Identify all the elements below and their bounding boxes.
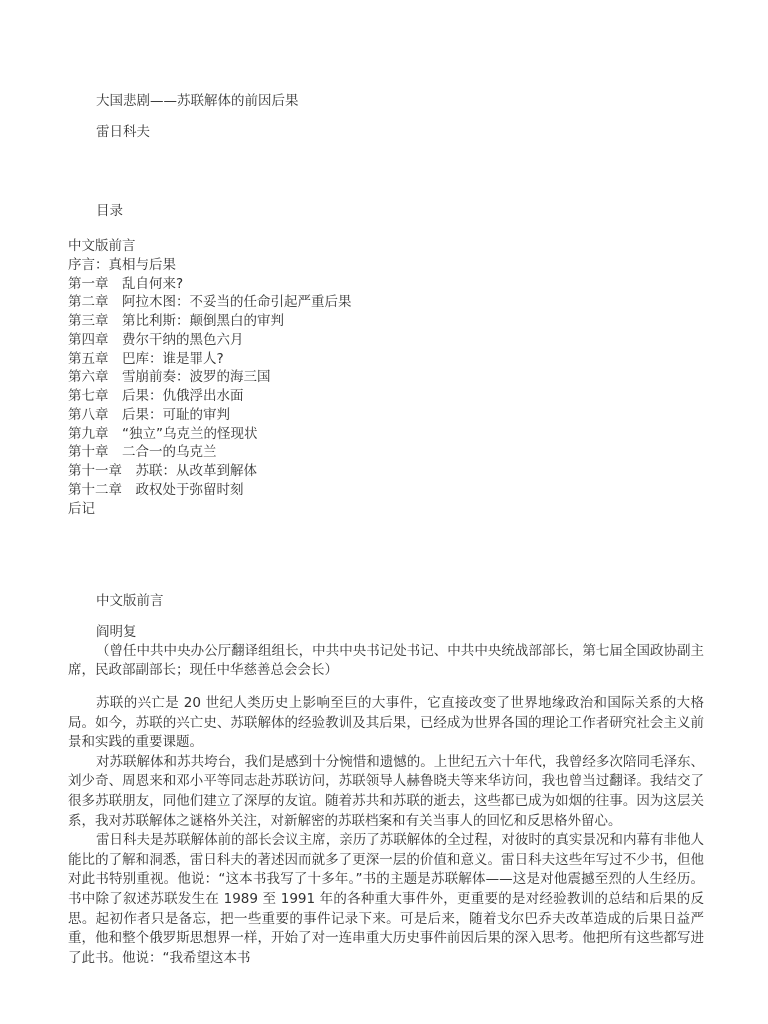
toc-item: 第九章 “独立”乌克兰的怪现状 — [68, 425, 718, 444]
preface-author-bio: （曾任中共中央办公厅翻译组组长，中共中央书记处书记、中共中央统战部部长，第七届全… — [68, 642, 704, 680]
toc-item: 序言：真相与后果 — [68, 256, 718, 275]
toc-item: 第十二章 政权处于弥留时刻 — [68, 481, 718, 500]
toc-item: 第七章 后果：仇俄浮出水面 — [68, 387, 718, 406]
toc-item: 中文版前言 — [68, 237, 718, 256]
toc-item: 后记 — [68, 500, 718, 519]
toc-heading: 目录 — [96, 199, 123, 219]
table-of-contents: 中文版前言 序言：真相与后果 第一章 乱自何来? 第二章 阿拉木图：不妥当的任命… — [68, 237, 718, 518]
preface-paragraph: 雷日科夫是苏联解体前的部长会议主席，亲历了苏联解体的全过程，对彼时的真实景况和内… — [68, 831, 704, 968]
toc-item: 第五章 巴库：谁是罪人? — [68, 350, 718, 369]
book-title: 大国悲剧——苏联解体的前因后果 — [96, 89, 299, 109]
toc-item: 第十章 二合一的乌克兰 — [68, 443, 718, 462]
document-page: 大国悲剧——苏联解体的前因后果 雷日科夫 目录 中文版前言 序言：真相与后果 第… — [0, 0, 768, 1024]
toc-item: 第八章 后果：可耻的审判 — [68, 406, 718, 425]
preface-heading: 中文版前言 — [96, 589, 164, 609]
book-author: 雷日科夫 — [96, 120, 150, 140]
toc-item: 第六章 雪崩前奏：波罗的海三国 — [68, 368, 718, 387]
preface-paragraph: 苏联的兴亡是 20 世纪人类历史上影响至巨的大事件，它直接改变了世界地缘政治和国… — [68, 694, 704, 753]
preface-body: 苏联的兴亡是 20 世纪人类历史上影响至巨的大事件，它直接改变了世界地缘政治和国… — [68, 694, 704, 968]
toc-item: 第四章 费尔干纳的黑色六月 — [68, 331, 718, 350]
toc-item: 第三章 第比利斯：颠倒黑白的审判 — [68, 312, 718, 331]
toc-item: 第一章 乱自何来? — [68, 275, 718, 294]
toc-item: 第二章 阿拉木图：不妥当的任命引起严重后果 — [68, 293, 718, 312]
preface-paragraph: 对苏联解体和苏共垮台，我们是感到十分惋惜和遗憾的。上世纪五六十年代，我曾经多次陪… — [68, 753, 704, 831]
toc-item: 第十一章 苏联：从改革到解体 — [68, 462, 718, 481]
preface-author: 阎明复 — [96, 620, 137, 640]
